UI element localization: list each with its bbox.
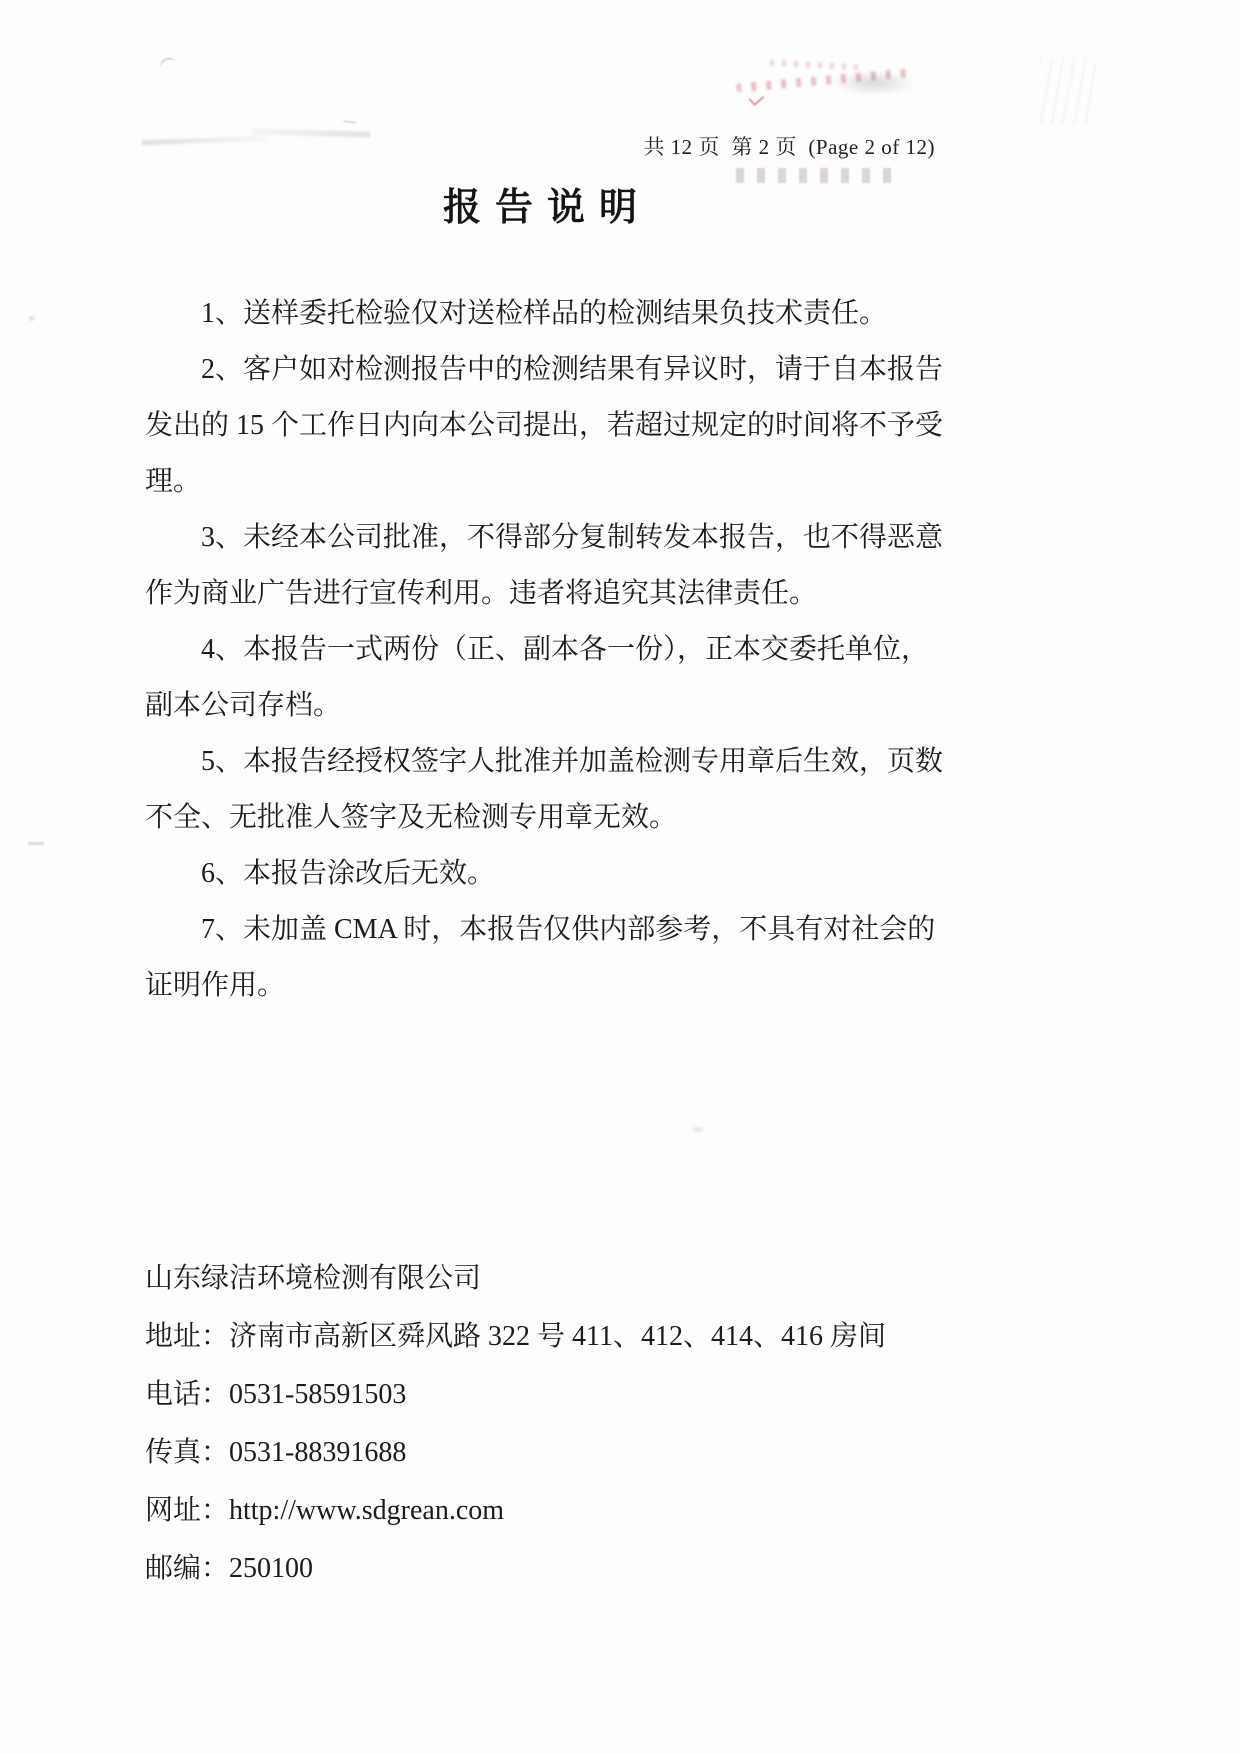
scan-artifact bbox=[343, 112, 357, 124]
note-item-3: 3、未经本公司批准，不得部分复制转发本报告，也不得恶意 作为商业广告进行宣传利用… bbox=[145, 510, 961, 622]
company-website: 网址：http://www.sdgrean.com bbox=[145, 1482, 961, 1540]
scan-artifact bbox=[158, 55, 178, 73]
company-phone: 电话：0531-58591503 bbox=[145, 1366, 961, 1424]
scan-artifact bbox=[28, 842, 44, 845]
company-name: 山东绿洁环境检测有限公司 bbox=[145, 1250, 961, 1308]
page-title: 报告说明 bbox=[145, 176, 935, 231]
scan-artifact bbox=[1040, 58, 1096, 124]
note-item-5: 5、本报告经授权签字人批准并加盖检测专用章后生效，页数 不全、无批准人签字及无检… bbox=[145, 734, 961, 846]
note-item-4: 4、本报告一式两份（正、副本各一份），正本交委托单位， 副本公司存档。 bbox=[145, 622, 961, 734]
note-item-6: 6、本报告涂改后无效。 bbox=[145, 846, 961, 902]
note-item-1: 1、送样委托检验仅对送检样品的检测结果负技术责任。 bbox=[145, 286, 961, 342]
report-notes-page: 共 12 页 第 2 页 (Page 2 of 12) 报告说明 1、送样委托检… bbox=[0, 0, 1240, 1754]
stamp-remnant-artifact bbox=[749, 91, 765, 106]
company-info: 山东绿洁环境检测有限公司 地址：济南市高新区舜风路 322 号 411、412、… bbox=[145, 1250, 961, 1598]
note-item-2: 2、客户如对检测报告中的检测结果有异议时，请于自本报告 发出的 15 个工作日内… bbox=[145, 342, 961, 510]
scan-artifact bbox=[832, 70, 916, 96]
report-notes: 1、送样委托检验仅对送检样品的检测结果负技术责任。 2、客户如对检测报告中的检测… bbox=[145, 286, 961, 1014]
company-fax: 传真：0531-88391688 bbox=[145, 1424, 961, 1482]
company-address: 地址：济南市高新区舜风路 322 号 411、412、414、416 房间 bbox=[145, 1308, 961, 1366]
scan-artifact bbox=[692, 1126, 704, 1133]
note-item-7: 7、未加盖 CMA 时，本报告仅供内部参考，不具有对社会的 证明作用。 bbox=[145, 902, 961, 1014]
company-postcode: 邮编：250100 bbox=[145, 1540, 961, 1598]
stamp-remnant-artifact bbox=[736, 69, 908, 93]
scan-artifact bbox=[28, 316, 35, 321]
page-indicator: 共 12 页 第 2 页 (Page 2 of 12) bbox=[145, 131, 935, 161]
stamp-remnant-artifact bbox=[770, 60, 858, 71]
